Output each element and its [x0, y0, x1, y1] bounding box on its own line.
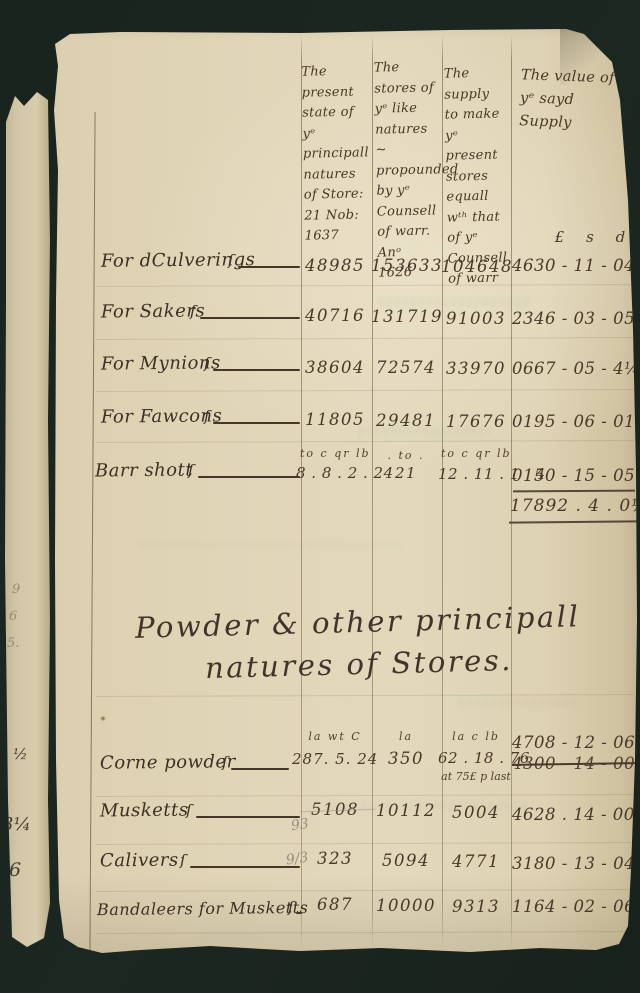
cell-value: 1164 - 02 - 06: [512, 897, 634, 917]
cell-value: 9313: [441, 897, 511, 917]
ledger-lead-line: [231, 768, 289, 770]
ink-bleedthrough: [460, 698, 580, 707]
cell-value: 48985: [300, 256, 370, 276]
ink-spot: [100, 716, 106, 721]
cell-value: 21: [371, 463, 441, 483]
row-flourish-mark: ſ: [180, 853, 186, 868]
cell-value: 38604: [300, 358, 370, 378]
cell-value: 3180 - 13 - 04: [512, 854, 634, 874]
facing-page-sliver: 9 6 5. ½ 3¼ 6: [0, 0, 54, 993]
cell-value: 131719: [371, 307, 441, 327]
ledger-lead-line: [213, 369, 300, 371]
row-guide-line: [96, 694, 634, 697]
ledger-lead-line: [213, 422, 300, 424]
ledger-lead-line: [238, 266, 300, 268]
total-rule-top: [513, 490, 635, 493]
cell-value: 0195 - 06 - 01: [512, 412, 634, 432]
cell-value: 5094: [371, 851, 441, 871]
cell-value: 8 . 8 . 2 . 24: [296, 463, 374, 483]
cell-value: 0150 - 15 - 05: [512, 466, 634, 486]
cell-value: 4628 . 14 - 00: [512, 805, 634, 825]
row-flourish-mark: ſ: [188, 463, 194, 478]
cell-value: 104648: [441, 257, 511, 277]
pencil-annotation: 93: [290, 817, 310, 834]
manuscript-photo: 9 6 5. ½ 3¼ 6 The present state: [0, 0, 640, 993]
margin-fragment: 9: [12, 583, 20, 597]
column-header-stores-1626: The stores of yᵉ like natures ~ propound…: [374, 57, 441, 284]
row-guide-line: [96, 337, 634, 340]
row-flourish-mark: ſ: [186, 803, 192, 818]
cell-unit: to c qr lb: [300, 448, 370, 460]
cell-value: 5004: [441, 803, 511, 823]
ink-bleedthrough: [380, 298, 530, 307]
cell-unit: la wt C: [296, 731, 374, 743]
row-flourish-mark: ſ: [204, 356, 210, 371]
cell-value: 4771: [441, 852, 511, 872]
margin-note: ½: [13, 746, 28, 763]
cell-value: 2346 - 03 - 05: [512, 309, 634, 329]
ink-bleedthrough: [140, 540, 400, 550]
cell-value: 687: [300, 895, 370, 915]
row-flourish-mark: ſ: [190, 304, 196, 319]
row-label: For Mynions: [101, 352, 221, 375]
row-guide-line: [96, 842, 634, 845]
cell-value: 12 . 11 . 1 . 4: [438, 464, 514, 484]
cell-unit: la c lb: [441, 731, 511, 743]
row-guide-line: [96, 284, 634, 287]
ledger-lead-line: [190, 866, 300, 868]
column-header-present-state: The present state of yᵉ principall natur…: [301, 61, 369, 247]
row-flourish-mark: ſ: [222, 755, 228, 770]
cell-value: 62 . 18 . 76: [438, 748, 514, 768]
ink-bleedthrough: [200, 930, 500, 940]
margin-rule: [89, 112, 95, 954]
row-label: Corne powder: [100, 751, 236, 774]
row-flourish-mark: ſ: [204, 409, 210, 424]
cell-value: 4630 - 11 - 04¼: [512, 256, 634, 276]
cell-value: 350: [371, 749, 441, 769]
cell-value: 287. 5. 24: [292, 749, 376, 769]
cell-value: 4708 - 12 - 06: [512, 733, 634, 753]
cell-value: 29481: [371, 411, 441, 431]
row-flourish-mark: ſ: [228, 253, 234, 268]
row-guide-line: [96, 889, 634, 892]
row-label: Barr shott: [95, 459, 193, 482]
margin-fragment: 5.: [7, 637, 19, 651]
row-guide-line: [96, 794, 634, 797]
cell-value: 72574: [371, 358, 441, 378]
cell-unit: to c qr lb: [441, 448, 511, 460]
section-heading-line1: Powder & other principall: [135, 600, 581, 644]
ledger-lead-line: [196, 816, 300, 818]
cell-value: 323: [300, 849, 370, 869]
cell-note: at 75£ p last: [438, 771, 514, 783]
ledger-lead-line: [198, 476, 300, 478]
ledger-lead-line: [200, 317, 300, 319]
row-label: Bandaleers for Musketts: [97, 897, 309, 921]
section-heading-line2: natures of Stores.: [205, 644, 514, 684]
ledger-page: The present state of yᵉ principall natur…: [0, 0, 640, 993]
cell-unit: la: [371, 731, 441, 743]
row-flourish-mark: ſ: [288, 900, 294, 915]
margin-note: 3¼: [2, 816, 31, 833]
total-value: 17892 . 4 . 0¼: [510, 496, 636, 516]
cell-value: 10000: [371, 896, 441, 916]
cell-value: 10112: [371, 801, 441, 821]
row-guide-line: [96, 440, 634, 443]
row-label: Musketts: [100, 800, 189, 823]
column-header-value: The value of yᵉ sayd Supply: [519, 64, 625, 136]
money-units-header: £ s d: [548, 229, 632, 245]
row-label: Calivers: [100, 850, 179, 873]
row-guide-line: [96, 389, 634, 392]
cell-value: 17676: [441, 412, 511, 432]
cell-value: 153633: [371, 256, 441, 276]
margin-fragment: 6: [9, 610, 17, 624]
cell-value: 11805: [300, 410, 370, 430]
cell-value: 40716: [300, 306, 370, 326]
cell-value: 33970: [441, 359, 511, 379]
total-rule-bottom: [509, 520, 637, 523]
cell-value: 0667 - 05 - 4¼: [512, 359, 634, 379]
cell-value: 91003: [441, 309, 511, 329]
cell-unit: . to .: [371, 450, 441, 462]
margin-note: 6: [9, 862, 21, 879]
